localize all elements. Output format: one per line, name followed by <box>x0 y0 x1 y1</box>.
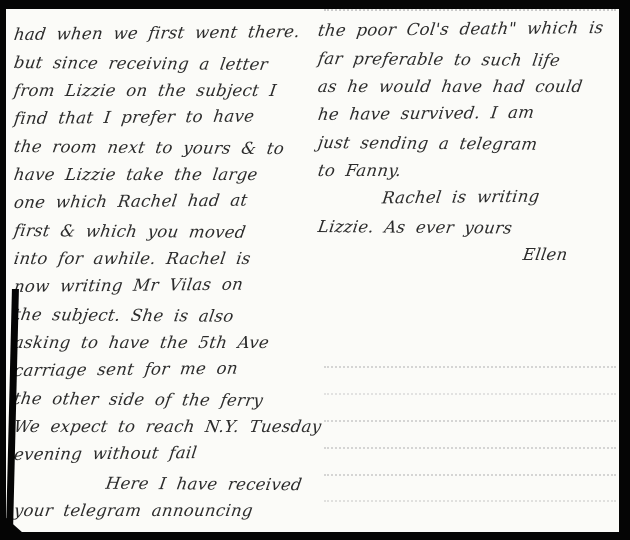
faint-ruled-line <box>324 447 616 449</box>
handwriting-line: as he would have had could <box>316 73 620 101</box>
page-corner-shadow <box>5 517 23 533</box>
handwriting-line: carriage sent for me on <box>12 354 316 385</box>
handwriting-line: your telegram announcing <box>12 497 316 525</box>
handwriting-line: first & which you moved <box>12 217 316 247</box>
handwriting-line: had when we first went there. <box>12 18 316 49</box>
signature-ellen: Ellen <box>316 241 620 269</box>
handwriting-line: far preferable to such life <box>316 45 620 75</box>
handwriting-line: the subject. She is also <box>12 301 316 331</box>
handwriting-line: just sending a telegram <box>316 129 620 159</box>
handwriting-line: the poor Col's death" which is <box>316 14 620 45</box>
handwriting-line: from Lizzie on the subject I <box>12 77 316 105</box>
handwriting-line: now writing Mr Vilas on <box>12 270 316 301</box>
handwriting-line: the room next to yours & to <box>12 133 316 163</box>
letter-left-column: had when we first went there. but since … <box>14 21 314 525</box>
handwriting-line: but since receiving a letter <box>12 49 316 79</box>
handwriting-line: evening without fail <box>12 438 316 469</box>
faint-ruled-line <box>324 474 616 476</box>
handwriting-line: We expect to reach N.Y. Tuesday <box>12 413 316 441</box>
handwriting-line: Rachel is writing <box>316 182 620 213</box>
letter-page: had when we first went there. but since … <box>6 9 619 532</box>
faint-ruled-line <box>324 366 616 368</box>
faint-ruled-line <box>324 420 616 422</box>
handwriting-line: asking to have the 5th Ave <box>12 329 316 357</box>
scanned-letter: had when we first went there. but since … <box>0 0 630 540</box>
handwriting-line: one which Rachel had at <box>12 186 316 217</box>
handwriting-line: into for awhile. Rachel is <box>12 245 316 273</box>
faint-ruled-line <box>324 393 616 395</box>
handwriting-line: have Lizzie take the large <box>12 161 316 189</box>
handwriting-line: Lizzie. As ever yours <box>316 213 620 243</box>
letter-right-column: the poor Col's death" which is far prefe… <box>318 17 618 269</box>
handwriting-line: Here I have received <box>12 469 316 499</box>
handwriting-line: he have survived. I am <box>316 98 620 129</box>
handwriting-line: the other side of the ferry <box>12 385 316 415</box>
handwriting-line: to Fanny. <box>316 157 620 185</box>
faint-ruled-line <box>324 9 616 11</box>
faint-ruled-line <box>324 500 616 502</box>
handwriting-line: find that I prefer to have <box>12 102 316 133</box>
